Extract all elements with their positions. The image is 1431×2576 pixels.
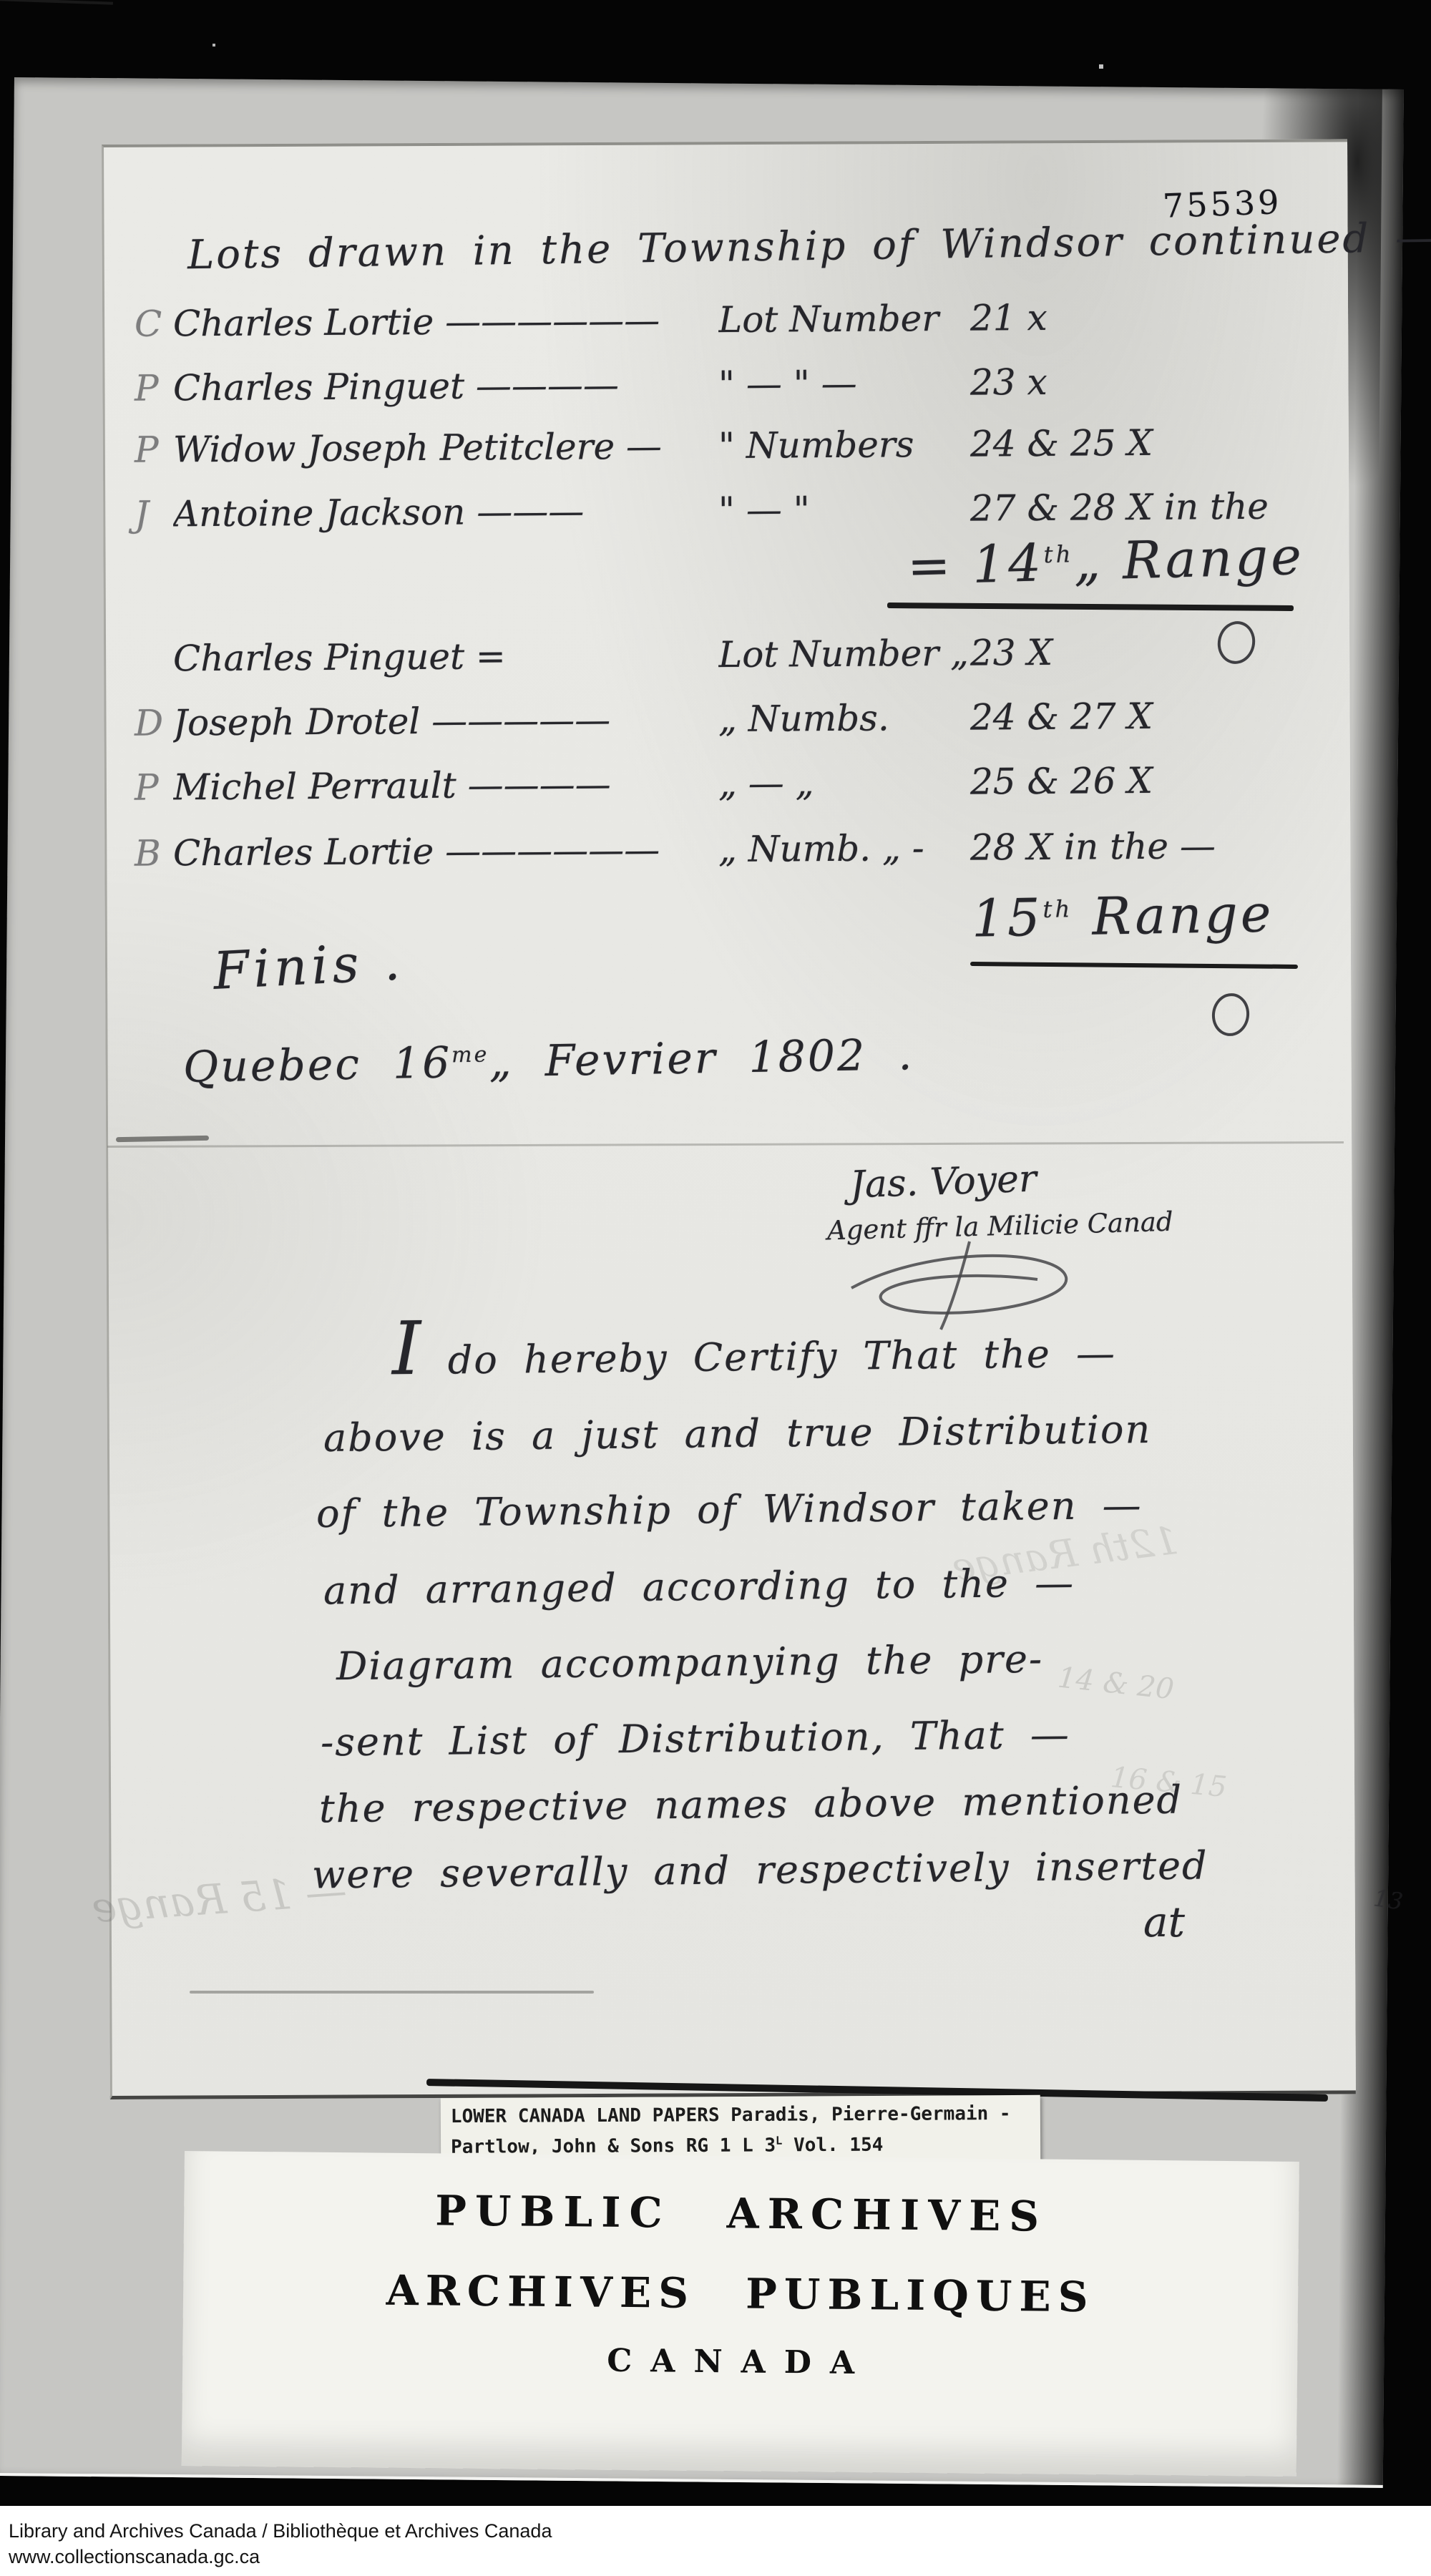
lot-label: „ Numb. „ - [718,827,970,870]
margin-catchword: 13 [1372,1884,1405,1915]
footer-institution: Library and Archives Canada / Bibliothèq… [9,2520,552,2542]
lot-row: P Widow Joseph Petitclere — " Numbers 24… [135,421,1322,471]
grantee-name: Michel Perrault ———— [173,763,718,808]
superscript-l: L [776,2135,782,2147]
lot-row: P Charles Pinguet ———— " — " — 23 x [135,359,1322,409]
ordinal-suffix: th [1042,895,1073,923]
lot-numbers: 27 & 28 X in the [970,485,1322,529]
lot-numbers: 24 & 27 X [970,694,1322,738]
margin-letter: B [135,832,173,874]
archives-country: CANADA [182,2338,1297,2386]
footer-url: www.collectionscanada.gc.ca [9,2546,260,2568]
grantee-name: Widow Joseph Petitclere — [173,425,718,470]
grantee-name: Charles Pinguet = [173,634,718,679]
certification-line: of the Township of Windsor taken — [316,1483,1143,1536]
lot-numbers: 24 & 25 X [970,421,1322,464]
margin-letter: D [135,702,173,743]
public-archives-card: PUBLIC ARCHIVES ARCHIVES PUBLIQUES CANAD… [182,2151,1299,2477]
certification-line: I do hereby Certify That the — [392,1320,1117,1384]
certification-line: the respective names above mentioned [319,1777,1183,1832]
archives-title-fr: ARCHIVES PUBLIQUES [183,2264,1299,2323]
margin-letter: P [135,766,173,808]
at-underline [0,0,113,5]
ordinal-suffix: me [451,1042,489,1068]
grantee-name: Charles Lortie —————— [173,299,718,344]
certification-line: -sent List of Distribution, That — [321,1712,1070,1765]
signature-flourish [823,1238,1123,1331]
range-heading-15: 15th Range [971,883,1274,948]
lot-numbers: 23 x [970,359,1322,403]
margin-letter: C [135,303,173,344]
margin-letter: J [135,493,173,535]
grantee-name: Joseph Drotel ————— [173,698,718,743]
finis-word: Finis . [212,931,406,1001]
lot-label: „ Numbs. [718,697,970,740]
lot-row: C Charles Lortie —————— Lot Number 21 x [135,295,1322,345]
lot-numbers: 21 x [970,295,1322,338]
pencil-line [190,1991,594,1994]
certification-line: Diagram accompanying the pre- [336,1636,1044,1689]
lot-row: P Michel Perrault ———— „ — „ 25 & 26 X [135,758,1322,809]
archives-title-en: PUBLIC ARCHIVES [184,2184,1299,2243]
lot-label: Lot Number [718,298,970,341]
certification-line: were severally and respectively inserted [312,1843,1208,1897]
lot-row: D Joseph Drotel ————— „ Numbs. 24 & 27 X [135,694,1322,744]
catchword-at: at [1143,1898,1185,1946]
lot-label: " Numbers [718,424,970,467]
scanned-document: 75539 Lots drawn in the Township of Wind… [0,0,1431,2576]
grantee-name: Charles Lortie —————— [173,829,718,874]
lot-label: „ — „ [718,761,970,804]
lot-row: B Charles Lortie —————— „ Numb. „ - 28 X… [135,824,1322,874]
certification-line: above is a just and true Distribution [323,1407,1152,1460]
grantee-name: Antoine Jackson ——— [173,489,718,535]
lac-footer: Library and Archives Canada / Bibliothèq… [0,2506,1431,2576]
lot-numbers: 28 X in the — [970,824,1322,868]
lot-label: " — " — [718,362,970,405]
margin-letter [135,638,173,679]
lot-label: Lot Number „ [718,633,970,675]
lot-numbers: 23 X [970,630,1322,673]
lot-label: " — " [718,488,970,531]
ordinal-suffix: th [1043,540,1074,568]
stamp-line-1: LOWER CANADA LAND PAPERS Paradis, Pierre… [451,2101,1032,2129]
signature-name: Jas. Voyer [849,1157,1037,1206]
lot-numbers: 25 & 26 X [970,758,1322,802]
range-heading-14: = 14th„ Range [907,526,1305,596]
lot-row: J Antoine Jackson ——— " — " 27 & 28 X in… [135,485,1322,535]
lot-row: Charles Pinguet = Lot Number „ 23 X [135,630,1322,680]
grantee-name: Charles Pinguet ———— [173,364,718,409]
margin-letter: P [135,367,173,409]
margin-letter: P [135,429,173,470]
